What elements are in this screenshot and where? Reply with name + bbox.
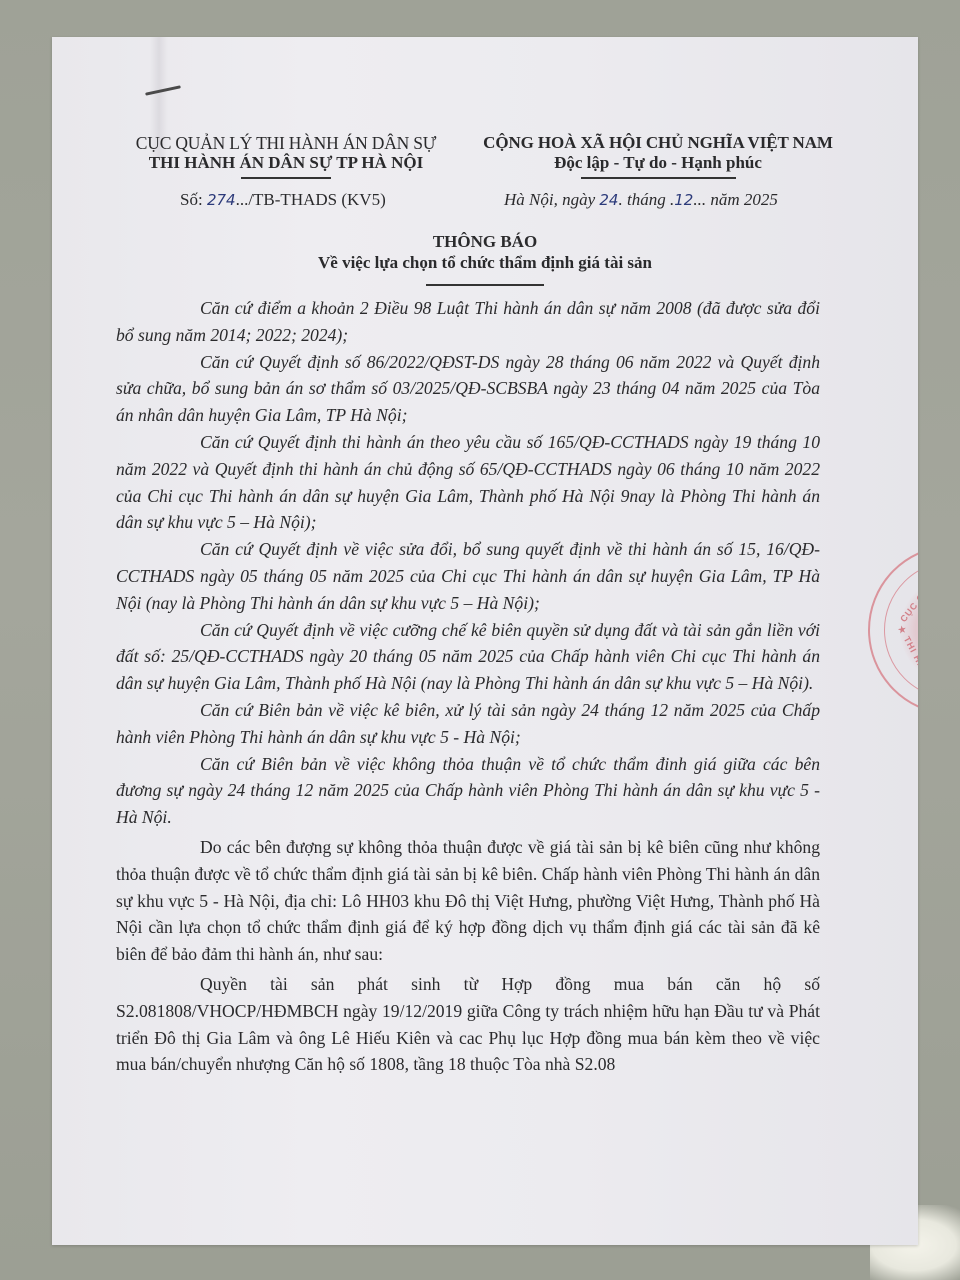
national-motto: Độc lập - Tự do - Hạnh phúc — [472, 153, 844, 173]
handwritten-number: 274 — [207, 191, 236, 209]
title-underline — [426, 284, 544, 286]
title-block: THÔNG BÁO Về việc lựa chọn tổ chức thẩm … — [52, 232, 918, 286]
seal-text-bottom: ★ THI HÀNH ÁN — [895, 624, 918, 702]
document-title: THÔNG BÁO — [52, 232, 918, 252]
office-name: THI HÀNH ÁN DÂN SỰ TP HÀ NỘI — [116, 153, 456, 173]
document-page: CỤC QUẢN LÝ THI HÀNH ÁN DÂN SỰ THI HÀNH … — [52, 37, 918, 1245]
motto-underline — [581, 177, 736, 179]
document-body: Căn cứ điểm a khoản 2 Điều 98 Luật Thi h… — [116, 295, 820, 1078]
body-paragraph: Do các bên đượng sự không thỏa thuận đượ… — [116, 834, 820, 968]
legal-basis: Căn cứ Biên bản về việc không thỏa thuận… — [116, 751, 820, 831]
date-year: ... năm 2025 — [693, 190, 778, 209]
legal-basis: Căn cứ Quyết định về việc sửa đổi, bổ su… — [116, 536, 820, 616]
legal-basis: Căn cứ Quyết định số 86/2022/QĐST-DS ngà… — [116, 349, 820, 429]
handwritten-month: 12 — [674, 191, 693, 209]
seal-text-top: CỤC QUẢN LÝ — [898, 560, 918, 624]
date-month-label: . tháng . — [618, 190, 674, 209]
nation-name: CỘNG HOÀ XÃ HỘI CHỦ NGHĨA VIỆT NAM — [472, 133, 844, 153]
official-seal-icon: CỤC QUẢN LÝ ★ THI HÀNH ÁN — [868, 545, 918, 715]
document-date: Hà Nội, ngày 24. tháng .12... năm 2025 — [504, 190, 778, 210]
number-suffix: .../TB-THADS (KV5) — [236, 190, 386, 209]
legal-basis: Căn cứ Quyết định về việc cưỡng chế kê b… — [116, 617, 820, 697]
legal-basis: Căn cứ Quyết định thi hành án theo yêu c… — [116, 429, 820, 536]
agency-name: CỤC QUẢN LÝ THI HÀNH ÁN DÂN SỰ — [116, 133, 456, 153]
national-heading: CỘNG HOÀ XÃ HỘI CHỦ NGHĨA VIỆT NAM Độc l… — [472, 133, 844, 179]
office-underline — [241, 177, 331, 179]
document-subtitle: Về việc lựa chọn tổ chức thẩm định giá t… — [52, 252, 918, 274]
legal-basis: Căn cứ Biên bản về việc kê biên, xử lý t… — [116, 697, 820, 751]
issuing-authority: CỤC QUẢN LÝ THI HÀNH ÁN DÂN SỰ THI HÀNH … — [116, 133, 456, 179]
number-prefix: Số: — [180, 190, 207, 209]
document-number: Số: 274.../TB-THADS (KV5) — [180, 190, 386, 210]
handwritten-day: 24 — [599, 191, 618, 209]
date-place: Hà Nội, ngày — [504, 190, 599, 209]
body-paragraph: Quyền tài sản phát sinh từ Hợp đồng mua … — [116, 971, 820, 1078]
legal-basis: Căn cứ điểm a khoản 2 Điều 98 Luật Thi h… — [116, 295, 820, 349]
